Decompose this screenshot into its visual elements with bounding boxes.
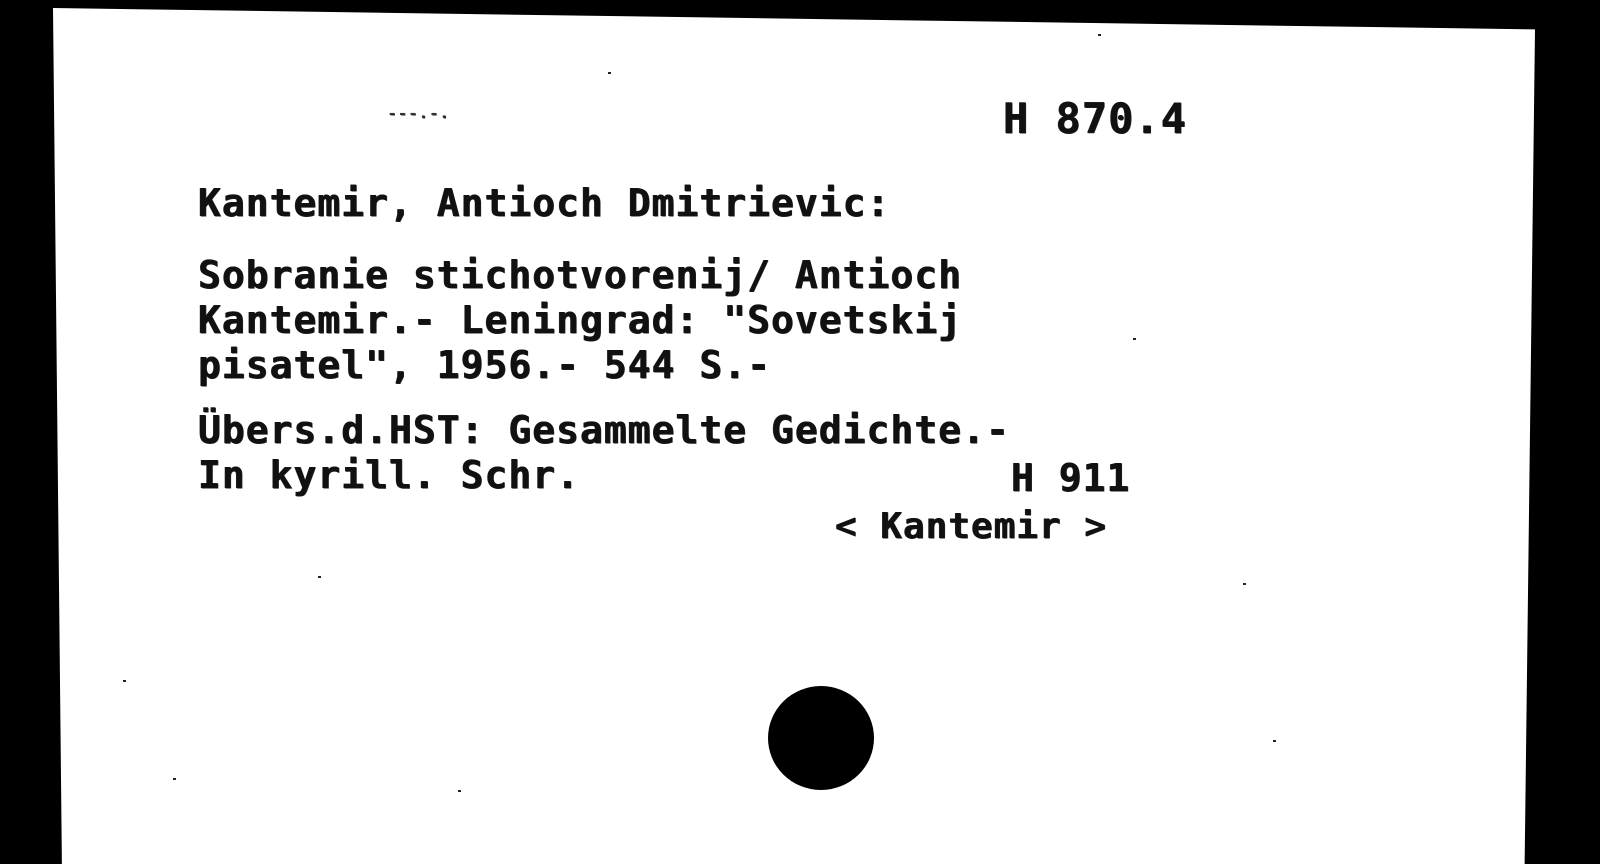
scan-speck xyxy=(608,72,611,74)
title-line-1: Sobranie stichotvorenij/ Antioch xyxy=(198,256,962,294)
punch-hole-icon xyxy=(768,686,874,790)
script-note: In kyrill. Schr. xyxy=(198,456,580,494)
imprint-line: pisatel", 1956.- 544 S.- xyxy=(198,346,771,384)
translation-note: Übers.d.HST: Gesammelte Gedichte.- xyxy=(198,411,1010,449)
author-heading: Kantemir, Antioch Dmitrievic: xyxy=(198,184,890,222)
scanned-card-image: ---.-. H 870.4 Kantemir, Antioch Dmitrie… xyxy=(0,0,1600,864)
call-number-top: H 870.4 xyxy=(1003,94,1187,143)
scan-speck xyxy=(123,680,126,682)
scan-speck xyxy=(318,576,321,578)
scan-speck xyxy=(1098,34,1101,36)
top-mark: ---.-. xyxy=(388,106,451,122)
catalog-card: ---.-. H 870.4 Kantemir, Antioch Dmitrie… xyxy=(53,8,1535,864)
title-line-2: Kantemir.- Leningrad: "Sovetskij xyxy=(198,301,962,339)
scan-speck xyxy=(1133,338,1136,340)
scan-speck xyxy=(1273,740,1276,742)
sort-heading: < Kantemir > xyxy=(835,506,1107,547)
call-number-bottom: H 911 xyxy=(1011,456,1130,500)
scan-speck xyxy=(458,790,461,792)
scan-speck xyxy=(173,778,176,780)
scan-speck xyxy=(1243,583,1246,585)
